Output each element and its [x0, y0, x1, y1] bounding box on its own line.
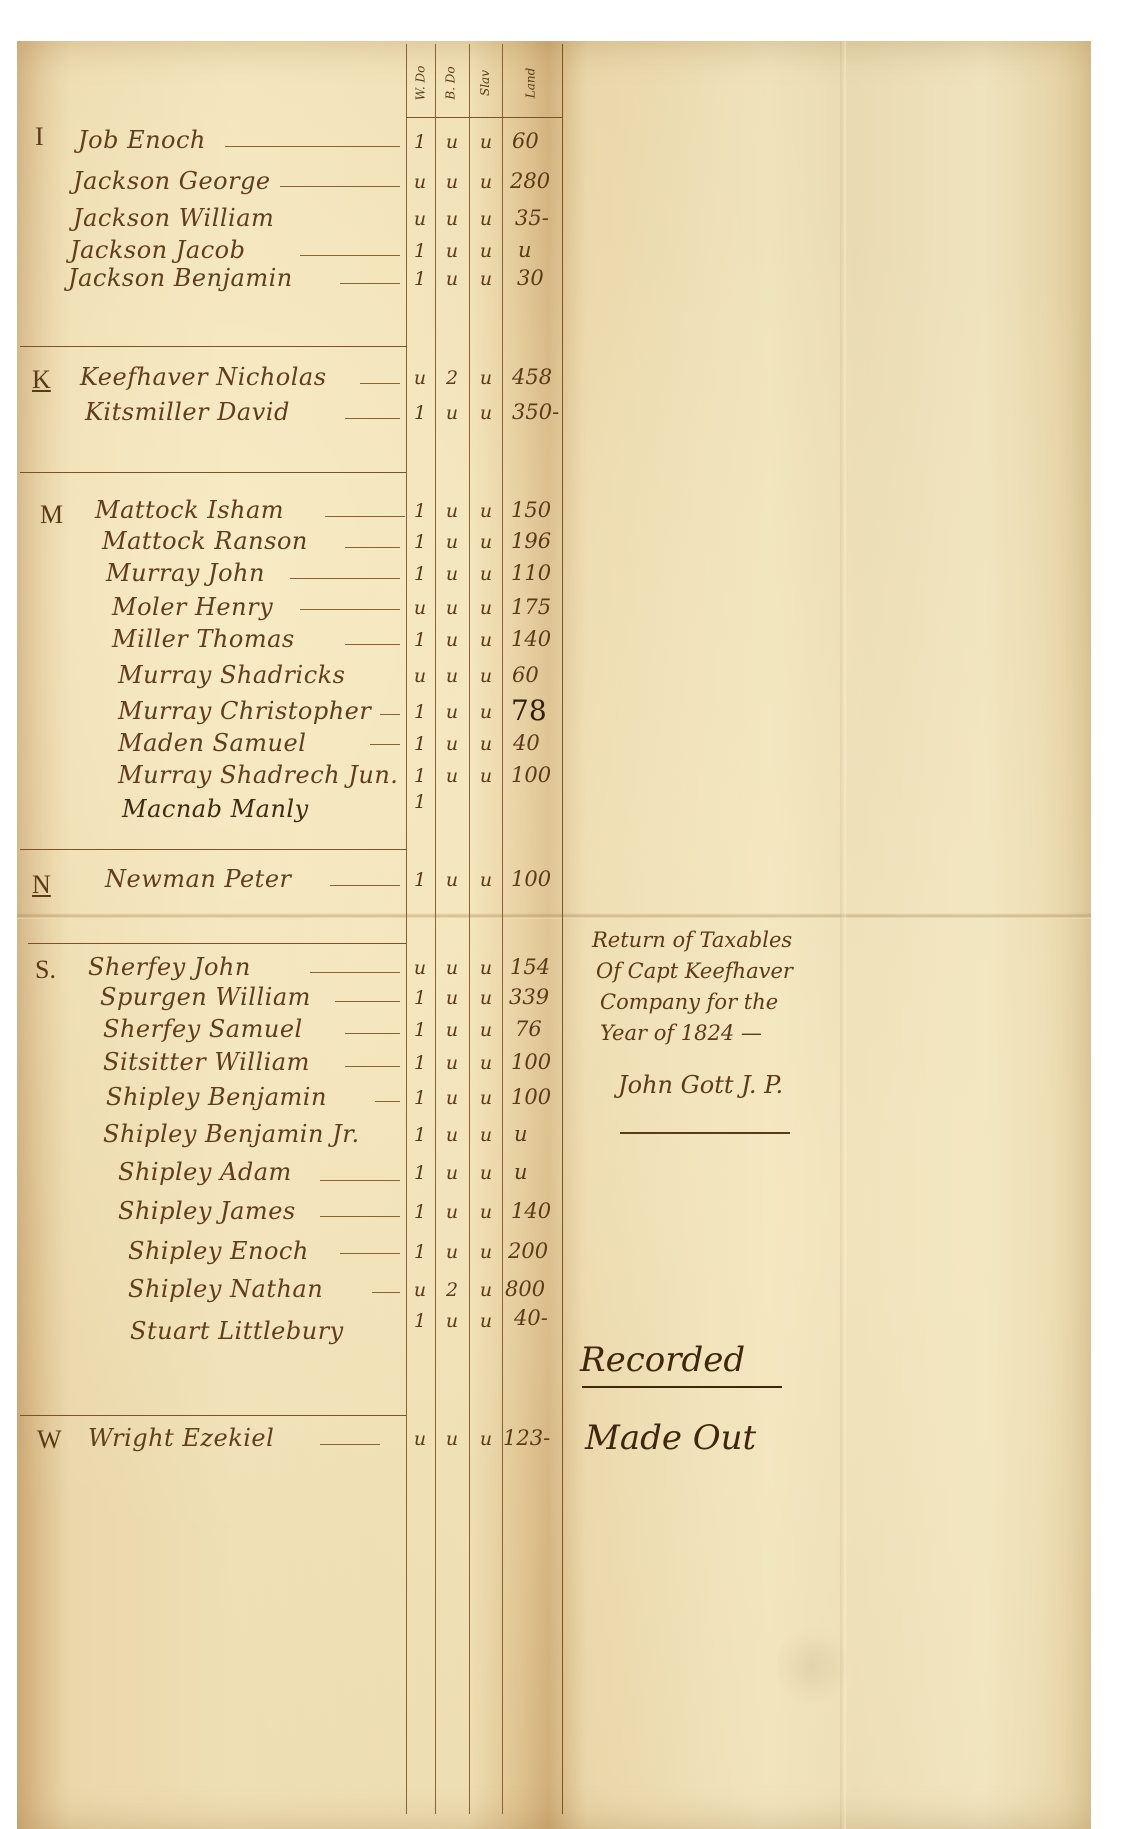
leader-line — [330, 885, 400, 886]
slave-count: u — [471, 765, 501, 787]
land-acres: 123- — [503, 1426, 561, 1450]
land-acres: 140 — [511, 1199, 569, 1223]
endorsement-line: Of Capt Keefhaver — [596, 956, 793, 987]
white-count: 1 — [405, 869, 435, 891]
column-rule-land — [562, 44, 563, 1814]
white-count: u — [405, 208, 435, 230]
ledger-page — [17, 41, 1091, 1829]
leader-line — [345, 1033, 400, 1034]
land-acres: 458 — [512, 365, 570, 389]
land-acres: 200 — [508, 1239, 566, 1263]
endorsement-line: Year of 1824 — — [600, 1018, 762, 1049]
taxpayer-name: Sherfey John — [88, 953, 251, 981]
white-count: 1 — [405, 131, 435, 153]
docket-made-out: Made Out — [585, 1418, 756, 1458]
black-count: u — [437, 733, 467, 755]
taxpayer-name: Macnab Manly — [122, 795, 309, 823]
leader-line — [280, 186, 400, 187]
slave-count: u — [471, 500, 501, 522]
white-count: 1 — [405, 791, 435, 813]
black-count: u — [437, 1428, 467, 1450]
section-letter-n: N — [32, 870, 51, 900]
slave-count: u — [471, 208, 501, 230]
land-acres: 78 — [511, 694, 569, 727]
land-acres: 40 — [513, 731, 571, 755]
slave-count: u — [471, 171, 501, 193]
taxpayer-name: Miller Thomas — [112, 625, 295, 653]
land-acres: 100 — [511, 1050, 569, 1074]
slave-count: u — [471, 1162, 501, 1184]
leader-line — [340, 1253, 400, 1254]
leader-line — [380, 714, 400, 715]
slave-count: u — [471, 563, 501, 585]
land-acres: 35- — [515, 206, 573, 230]
black-count: u — [437, 1087, 467, 1109]
slave-count: u — [471, 629, 501, 651]
slave-count: u — [471, 268, 501, 290]
leader-line — [300, 609, 400, 610]
white-count: 1 — [405, 733, 435, 755]
taxpayer-name: Mattock Isham — [95, 496, 284, 524]
taxpayer-name: Spurgen William — [100, 983, 311, 1011]
section-divider-n — [20, 849, 406, 850]
black-count: u — [437, 402, 467, 424]
vertical-fold — [840, 41, 846, 1829]
black-count: u — [437, 629, 467, 651]
leader-line — [340, 283, 400, 284]
black-count: u — [437, 1052, 467, 1074]
taxpayer-name: Stuart Littlebury — [130, 1317, 344, 1345]
leader-line — [372, 1292, 400, 1293]
taxpayer-name: Shipley Enoch — [128, 1237, 309, 1265]
land-acres: 196 — [511, 529, 569, 553]
leader-line — [345, 1066, 400, 1067]
land-acres: u — [514, 1160, 572, 1184]
slave-count: u — [471, 531, 501, 553]
white-count: 1 — [405, 1087, 435, 1109]
land-acres: 140 — [511, 627, 569, 651]
leader-line — [345, 547, 400, 548]
column-rule-slaves — [502, 44, 503, 1814]
black-count: u — [437, 869, 467, 891]
white-count: 1 — [405, 1162, 435, 1184]
white-count: 1 — [405, 765, 435, 787]
section-letter-w: W — [37, 1425, 62, 1455]
land-acres: 60 — [512, 663, 570, 687]
column-rule-w — [435, 44, 436, 1814]
slave-count: u — [471, 1052, 501, 1074]
slave-count: u — [471, 1124, 501, 1146]
black-count: u — [437, 701, 467, 723]
leader-line — [320, 1216, 400, 1217]
white-count: 1 — [405, 1124, 435, 1146]
leader-line — [335, 1001, 400, 1002]
leader-line — [320, 1180, 400, 1181]
taxpayer-name: Sitsitter William — [103, 1048, 310, 1076]
black-count: u — [437, 1124, 467, 1146]
white-count: 1 — [405, 701, 435, 723]
leader-line — [300, 255, 400, 256]
section-divider-m — [20, 472, 406, 473]
white-count: 1 — [405, 1310, 435, 1332]
taxpayer-name: Murray John — [106, 559, 265, 587]
white-count: 1 — [405, 1019, 435, 1041]
black-count: u — [437, 208, 467, 230]
land-acres: 100 — [511, 1085, 569, 1109]
taxpayer-name: Murray Shadricks — [118, 661, 346, 689]
black-count: u — [437, 957, 467, 979]
black-count: 2 — [437, 367, 467, 389]
land-acres: 175 — [511, 595, 569, 619]
land-acres: 30 — [517, 266, 575, 290]
white-count: u — [405, 597, 435, 619]
section-letter-m: M — [40, 500, 63, 530]
black-count: u — [437, 1241, 467, 1263]
section-divider-s — [28, 943, 406, 944]
black-count: u — [437, 1019, 467, 1041]
white-count: u — [405, 665, 435, 687]
land-acres: 339 — [509, 985, 567, 1009]
black-count: u — [437, 597, 467, 619]
black-count: u — [437, 171, 467, 193]
white-count: 1 — [405, 629, 435, 651]
stain — [777, 1621, 847, 1711]
land-acres: 350- — [512, 400, 570, 424]
black-count: u — [437, 500, 467, 522]
leader-line — [345, 644, 400, 645]
taxpayer-name: Murray Shadrech Jun. — [118, 761, 398, 789]
section-divider-k — [20, 346, 406, 347]
black-count: u — [437, 531, 467, 553]
slave-count: u — [471, 957, 501, 979]
slave-count: u — [471, 665, 501, 687]
leader-line — [320, 1444, 380, 1445]
horizontal-fold — [17, 913, 1091, 919]
white-count: 1 — [405, 1201, 435, 1223]
slave-count: u — [471, 597, 501, 619]
white-count: 1 — [405, 563, 435, 585]
taxpayer-name: Jackson Benjamin — [68, 264, 293, 292]
slave-count: u — [471, 1241, 501, 1263]
slave-count: u — [471, 733, 501, 755]
slave-count: u — [471, 701, 501, 723]
taxpayer-name: Kitsmiller David — [85, 398, 290, 426]
black-count: u — [437, 987, 467, 1009]
column-rule-names — [406, 44, 407, 1814]
white-count: u — [405, 171, 435, 193]
header-rule — [406, 117, 562, 118]
taxpayer-name: Sherfey Samuel — [103, 1015, 303, 1043]
section-letter-k: K — [32, 365, 51, 395]
black-count: u — [437, 665, 467, 687]
recorded-underline — [582, 1386, 782, 1388]
taxpayer-name: Shipley Benjamin — [106, 1083, 327, 1111]
land-acres: 60 — [512, 129, 570, 153]
slave-count: u — [471, 1310, 501, 1332]
leader-line — [290, 578, 400, 579]
land-acres: 154 — [510, 955, 568, 979]
leader-line — [225, 146, 400, 147]
white-count: 1 — [405, 1241, 435, 1263]
column-header-land: Land — [516, 52, 544, 114]
leader-line — [310, 972, 400, 973]
taxpayer-name: Newman Peter — [105, 865, 292, 893]
leader-line — [370, 744, 400, 745]
taxpayer-name: Job Enoch — [78, 126, 206, 154]
land-acres: 150 — [511, 498, 569, 522]
taxpayer-name: Wright Ezekiel — [88, 1424, 274, 1452]
land-acres: u — [514, 1122, 572, 1146]
section-letter-s: S. — [35, 955, 56, 985]
land-acres: 76 — [515, 1017, 573, 1041]
slave-count: u — [471, 1087, 501, 1109]
white-count: u — [405, 1428, 435, 1450]
land-acres: 100 — [511, 867, 569, 891]
taxpayer-name: Murray Christopher — [118, 697, 371, 725]
taxpayer-name: Shipley Adam — [118, 1158, 292, 1186]
black-count: u — [437, 268, 467, 290]
black-count: u — [437, 131, 467, 153]
taxpayer-name: Jackson Jacob — [70, 236, 245, 264]
white-count: 1 — [405, 1052, 435, 1074]
black-count: u — [437, 563, 467, 585]
black-count: u — [437, 1310, 467, 1332]
white-count: u — [405, 1279, 435, 1301]
white-count: 1 — [405, 987, 435, 1009]
slave-count: u — [471, 869, 501, 891]
land-acres: u — [518, 238, 576, 262]
black-count: u — [437, 1162, 467, 1184]
column-header-w: W. Do — [406, 52, 434, 114]
column-rule-b — [469, 44, 470, 1814]
land-acres: 100 — [511, 763, 569, 787]
justice-signature: John Gott J. P. — [618, 1070, 783, 1101]
endorsement-line: Company for the — [600, 987, 778, 1018]
taxpayer-name: Mattock Ranson — [102, 527, 308, 555]
leader-line — [325, 516, 405, 517]
slave-count: u — [471, 1279, 501, 1301]
slave-count: u — [471, 1428, 501, 1450]
signature-flourish — [620, 1132, 790, 1134]
leader-line — [345, 418, 400, 419]
slave-count: u — [471, 987, 501, 1009]
section-letter-i: I — [35, 122, 44, 152]
white-count: 1 — [405, 500, 435, 522]
black-count: u — [437, 765, 467, 787]
taxpayer-name: Jackson William — [73, 204, 274, 232]
taxpayer-name: Maden Samuel — [118, 729, 306, 757]
slave-count: u — [471, 131, 501, 153]
docket-recorded: Recorded — [580, 1340, 745, 1380]
white-count: 1 — [405, 240, 435, 262]
land-acres: 40- — [514, 1306, 572, 1330]
white-count: u — [405, 367, 435, 389]
endorsement-line: Return of Taxables — [592, 925, 792, 956]
black-count: u — [437, 1201, 467, 1223]
taxpayer-name: Keefhaver Nicholas — [80, 363, 327, 391]
taxpayer-name: Shipley James — [118, 1197, 296, 1225]
black-count: u — [437, 240, 467, 262]
white-count: u — [405, 957, 435, 979]
land-acres: 280 — [510, 169, 568, 193]
leader-line — [375, 1101, 400, 1102]
white-count: 1 — [405, 531, 435, 553]
column-header-b: B. Do — [437, 52, 465, 114]
taxpayer-name: Jackson George — [73, 167, 271, 195]
slave-count: u — [471, 240, 501, 262]
land-acres: 800 — [505, 1277, 563, 1301]
section-divider-w — [20, 1415, 406, 1416]
slave-count: u — [471, 367, 501, 389]
slave-count: u — [471, 1201, 501, 1223]
white-count: 1 — [405, 402, 435, 424]
land-acres: 110 — [511, 561, 569, 585]
slave-count: u — [471, 402, 501, 424]
slave-count: u — [471, 1019, 501, 1041]
taxpayer-name: Shipley Nathan — [128, 1275, 323, 1303]
black-count: 2 — [437, 1279, 467, 1301]
taxpayer-name: Shipley Benjamin Jr. — [103, 1120, 360, 1148]
taxpayer-name: Moler Henry — [112, 593, 273, 621]
white-count: 1 — [405, 268, 435, 290]
leader-line — [360, 383, 400, 384]
column-header-slaves: Slav — [471, 52, 499, 114]
